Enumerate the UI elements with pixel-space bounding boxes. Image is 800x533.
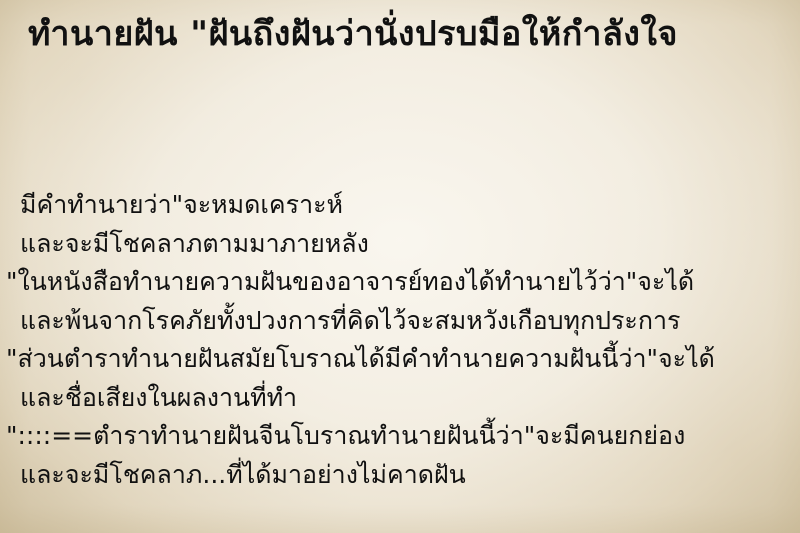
interpretation-line: มีคำทำนายว่า"จะหมดเคราะห์ [0, 186, 800, 225]
interpretation-line: "::::==ตำราทำนายฝันจีนโบราณทำนายฝันนี้ว่… [0, 417, 800, 456]
interpretation-text: มีคำทำนายว่า"จะหมดเคราะห์ และจะมีโชคลาภต… [0, 186, 800, 494]
page-title: ทำนายฝัน "ฝันถึงฝันว่านั่งปรบมือให้กำลัง… [28, 14, 678, 55]
interpretation-line: "ส่วนตำราทำนายฝันสมัยโบราณได้มีคำทำนายคว… [0, 340, 800, 379]
interpretation-line: "ในหนังสือทำนายความฝันของอาจารย์ทองได้ทำ… [0, 263, 800, 302]
interpretation-line: และจะมีโชคลาภตามมาภายหลัง [0, 225, 800, 264]
interpretation-line: และชื่อเสียงในผลงานที่ทำ [0, 379, 800, 418]
interpretation-line: และพ้นจากโรคภัยทั้งปวงการที่คิดไว้จะสมหว… [0, 302, 800, 341]
interpretation-line: และจะมีโชคลาภ...ที่ได้มาอย่างไม่คาดฝัน [0, 456, 800, 495]
